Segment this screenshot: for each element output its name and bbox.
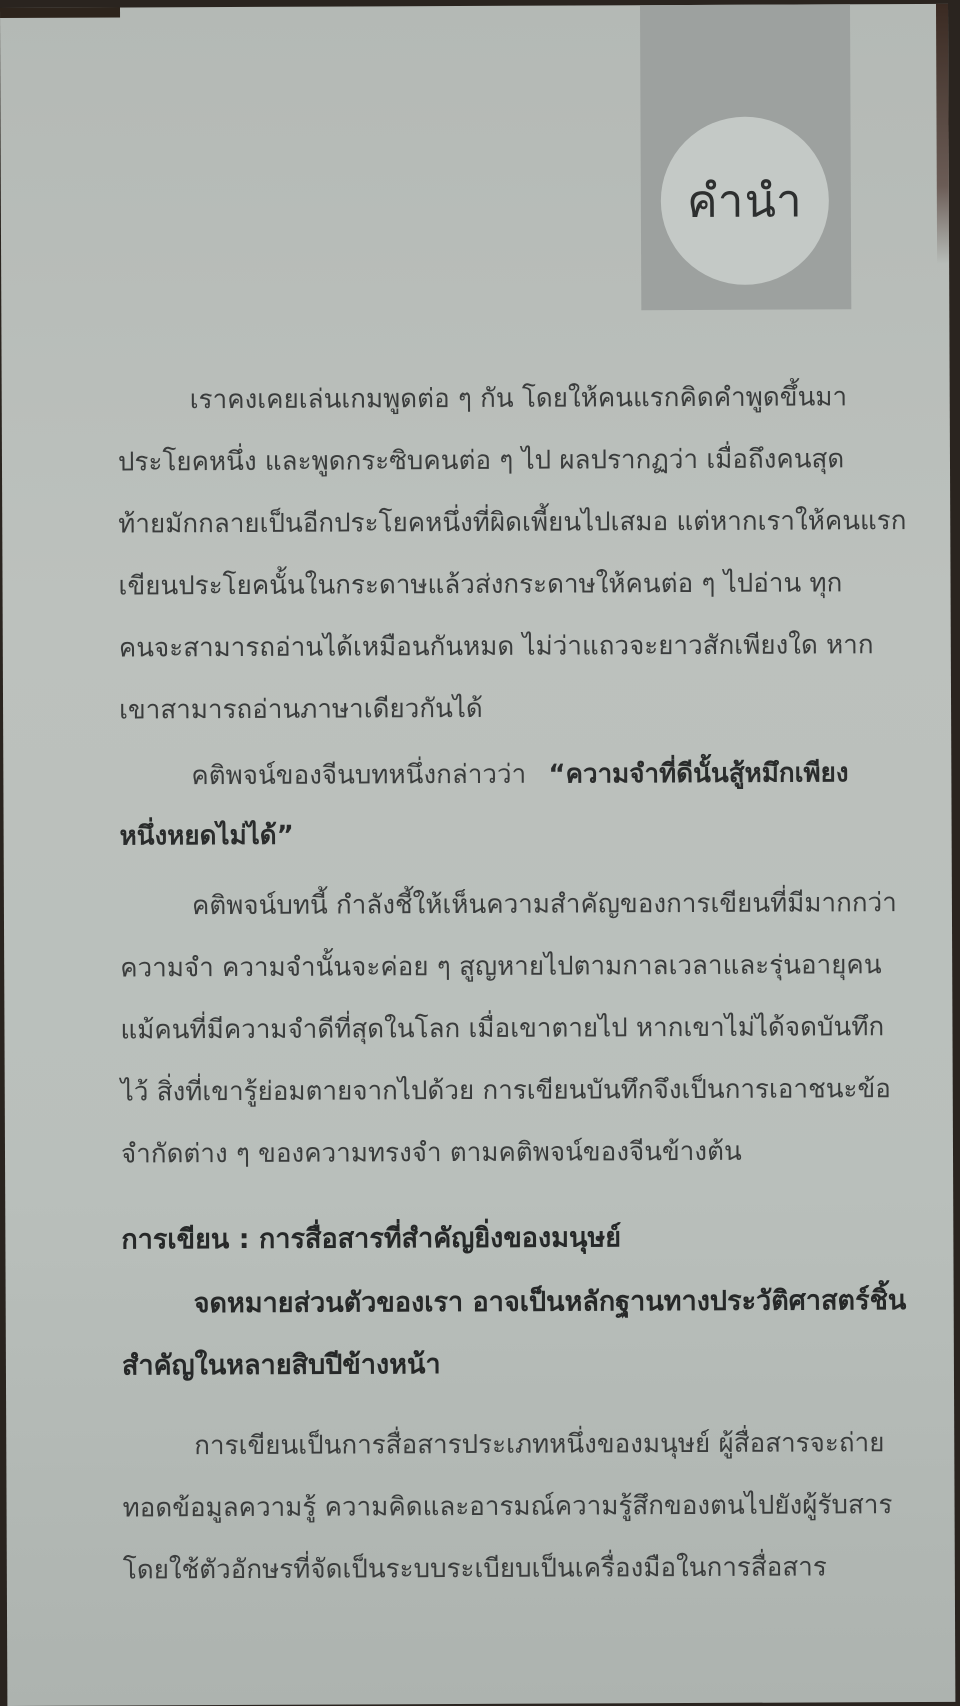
background-edge-right [936,4,949,264]
text-line: คนจะสามารถอ่านได้เหมือนกันหมด ไม่ว่าแถวจ… [119,624,874,668]
text-line: ไว้ สิ่งที่เขารู้ย่อมตายจากไปด้วย การเขี… [121,1068,891,1112]
text-line: จำกัดต่าง ๆ ของความทรงจำ ตามคติพจน์ของจี… [121,1131,742,1175]
proverb-intro: คติพจน์ของจีนบทหนึ่งกล่าวว่า [191,760,526,791]
section-subheading: จดหมายส่วนตัวของเรา อาจเป็นหลักฐานทางประ… [194,1278,907,1324]
paragraph-proverb: คติพจน์ของจีนบทหนึ่งกล่าวว่า “ความจำที่ด… [119,752,899,755]
text-line: แม้คนที่มีความจำดีที่สุดในโลก เมื่อเขาตา… [120,1006,884,1050]
proverb-quote-continued: หนึ่งหยดไม่ได้” [120,815,294,857]
text-line: คติพจน์ของจีนบทหนึ่งกล่าวว่า “ความจำที่ด… [191,752,848,796]
section-heading: การเขียน : การสื่อสารที่สำคัญยิ่งของมนุษ… [121,1215,621,1260]
proverb-quote: “ความจำที่ดีนั้นสู้หมึกเพียง [548,758,848,789]
text-line: เราคงเคยเล่นเกมพูดต่อ ๆ กัน โดยให้คนแรกค… [190,376,848,420]
paragraph-writing: การเขียนเป็นการสื่อสารประเภทหนึ่งของมนุษ… [122,1422,902,1425]
chapter-title: คำนำ [687,164,803,238]
section: การเขียน : การสื่อสารที่สำคัญยิ่งของมนุษ… [121,1214,901,1217]
section-subheading-continued: สำคัญในหลายสิบปีข้างหน้า [122,1342,441,1386]
paragraph-explanation: คติพจน์บทนี้ กำลังชี้ให้เห็นความสำคัญของ… [120,882,900,885]
text-line: ความจำ ความจำนั้นจะค่อย ๆ สูญหายไปตามกาล… [120,944,882,988]
text-line: โดยใช้ตัวอักษรที่จัดเป็นระบบระเบียบเป็นเ… [123,1546,827,1590]
text-line: เขียนประโยคนั้นในกระดาษแล้วส่งกระดาษให้ค… [118,562,842,606]
book-page: คำนำ เราคงเคยเล่นเกมพูดต่อ ๆ กัน โดยให้ค… [0,4,955,1706]
background-edge [0,7,120,18]
text-line: ท้ายมักกลายเป็นอีกประโยคหนึ่งที่ผิดเพี้ย… [118,500,906,544]
chapter-badge: คำนำ [660,116,829,285]
text-line: ประโยคหนึ่ง และพูดกระซิบคนต่อ ๆ ไป ผลปรา… [118,438,844,482]
paragraph-intro: เราคงเคยเล่นเกมพูดต่อ ๆ กัน โดยให้คนแรกค… [118,376,898,379]
text-line: การเขียนเป็นการสื่อสารประเภทหนึ่งของมนุษ… [194,1422,884,1466]
text-line: คติพจน์บทนี้ กำลังชี้ให้เห็นความสำคัญของ… [192,882,897,926]
text-line: ทอดข้อมูลความรู้ ความคิดและอารมณ์ความรู้… [122,1484,892,1528]
text-line: เขาสามารถอ่านภาษาเดียวกันได้ [119,688,483,731]
